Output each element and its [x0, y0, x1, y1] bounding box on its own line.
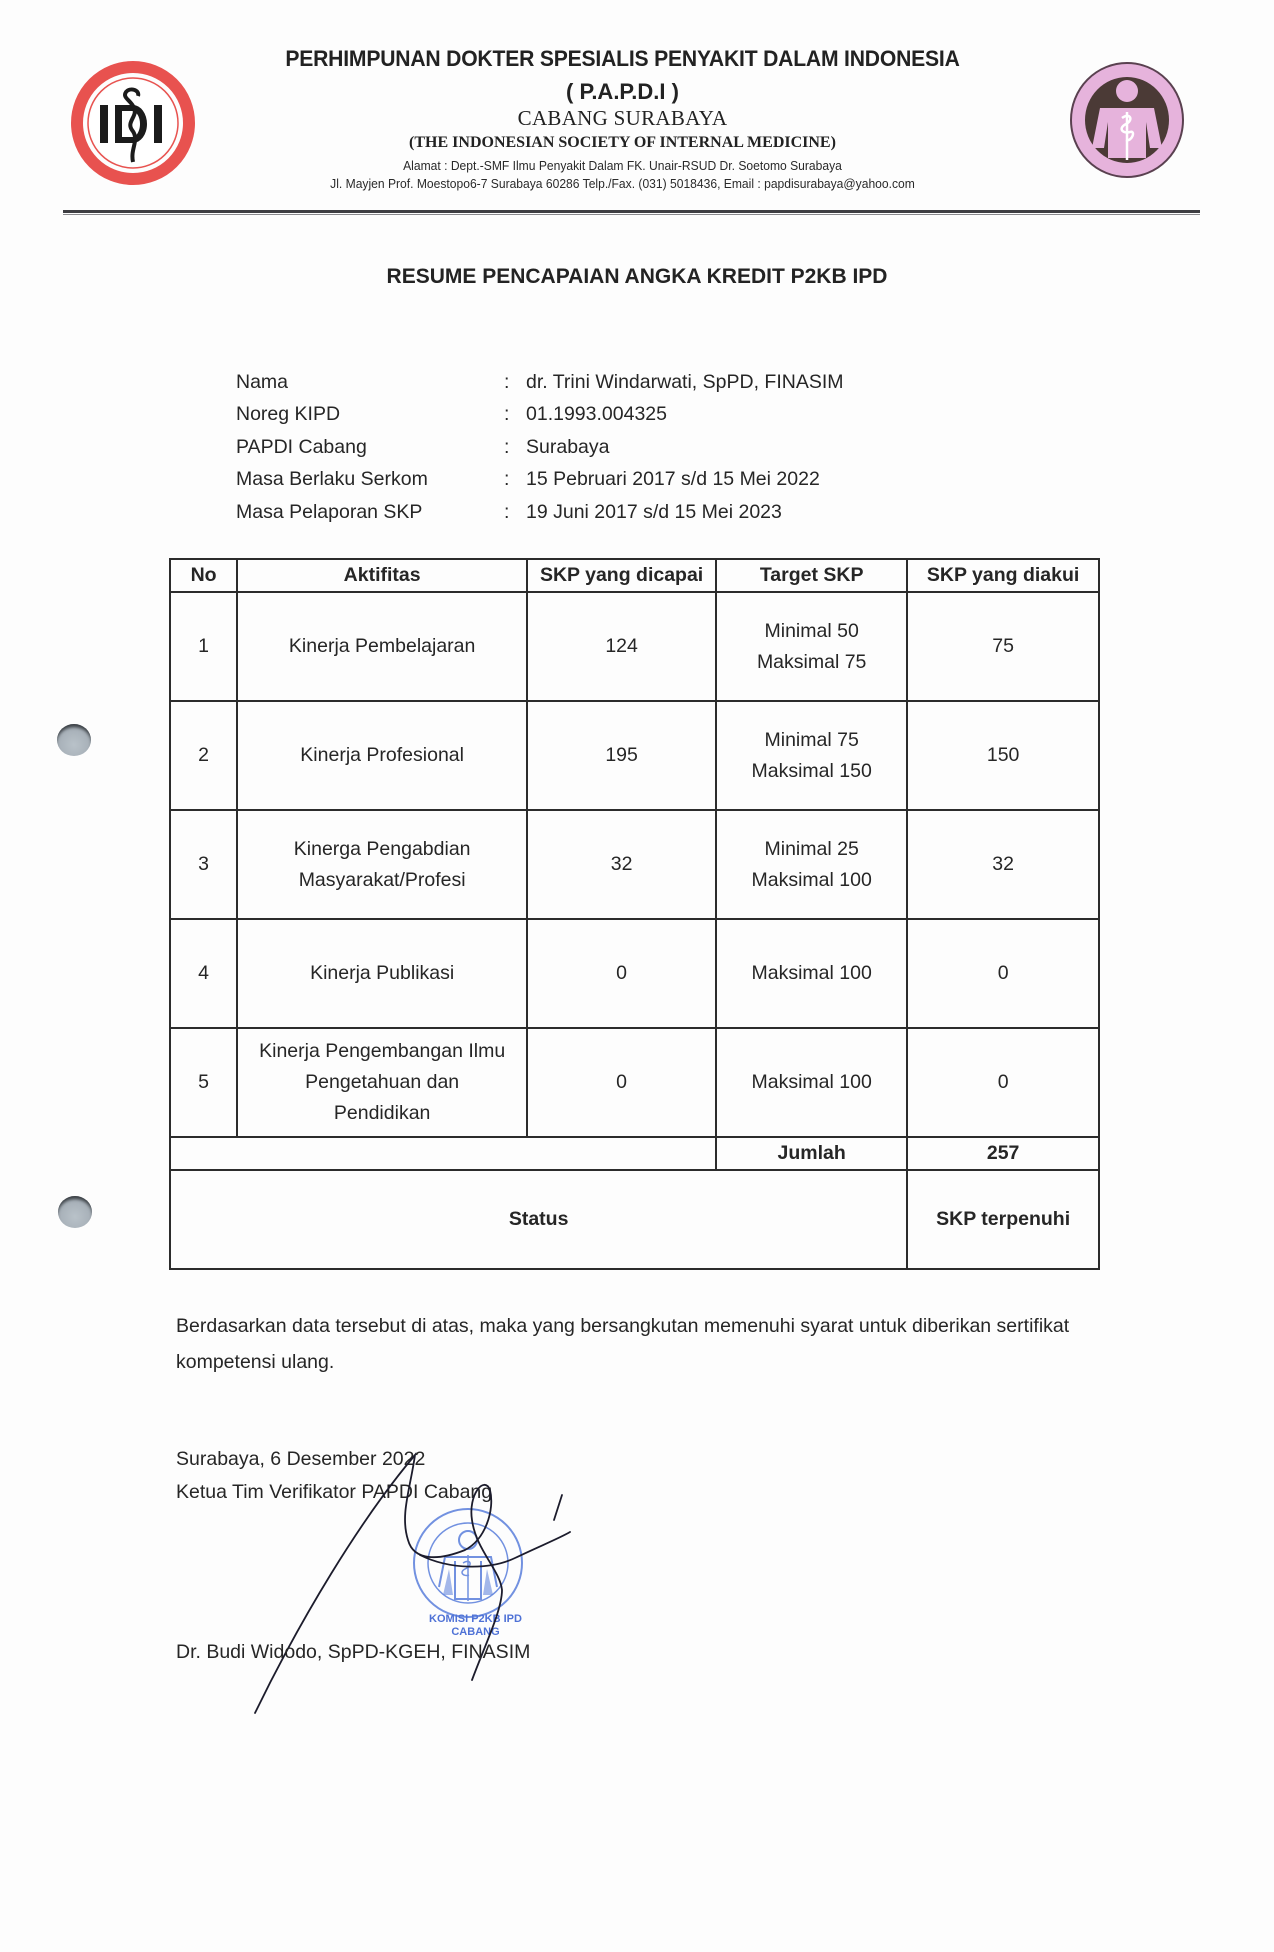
punch-hole — [58, 1196, 92, 1228]
total-row: Jumlah 257 — [170, 1137, 1099, 1170]
column-header-target: Target SKP — [716, 559, 907, 592]
info-row-branch: PAPDI Cabang : Surabaya — [236, 431, 844, 464]
info-block: Nama : dr. Trini Windarwati, SpPD, FINAS… — [236, 366, 844, 529]
cell-recognized: 0 — [907, 1028, 1099, 1137]
cell-achieved: 32 — [527, 810, 716, 919]
cell-achieved: 0 — [527, 1028, 716, 1137]
cell-recognized: 75 — [907, 592, 1099, 701]
table-header-row: No Aktifitas SKP yang dicapai Target SKP… — [170, 559, 1099, 592]
org-abbreviation: ( P.A.P.D.I ) — [200, 79, 1045, 105]
table-row: 2Kinerja Profesional195Minimal 75Maksima… — [170, 701, 1099, 810]
status-row: Status SKP terpenuhi — [170, 1170, 1099, 1269]
conclusion-text: Berdasarkan data tersebut di atas, maka … — [176, 1308, 1106, 1380]
handwritten-signature-icon — [240, 1440, 600, 1730]
cell-target-line: Maksimal 100 — [721, 958, 902, 989]
info-value: 19 Juni 2017 s/d 15 Mei 2023 — [526, 501, 782, 524]
column-header-no: No — [170, 559, 237, 592]
column-header-recognized: SKP yang diakui — [907, 559, 1099, 592]
cell-activity-line: Kinerja Pengembangan Ilmu — [242, 1036, 522, 1067]
cell-target: Minimal 75Maksimal 150 — [716, 701, 907, 810]
cell-activity: Kinerja Pengembangan IlmuPengetahuan dan… — [237, 1028, 527, 1137]
info-label: Nama — [236, 371, 504, 394]
cell-target: Minimal 50Maksimal 75 — [716, 592, 907, 701]
cell-activity-line: Kinerga Pengabdian — [242, 834, 522, 865]
cell-recognized: 150 — [907, 701, 1099, 810]
cell-target: Maksimal 100 — [716, 1028, 907, 1137]
column-header-achieved: SKP yang dicapai — [527, 559, 716, 592]
info-value: 01.1993.004325 — [526, 403, 667, 426]
cell-activity-line: Masyarakat/Profesi — [242, 865, 522, 896]
info-label: PAPDI Cabang — [236, 436, 504, 459]
letterhead-rule-thin — [63, 214, 1200, 215]
cell-activity-line: Kinerja Pembelajaran — [242, 631, 522, 662]
cell-activity: Kinerja Pembelajaran — [237, 592, 527, 701]
column-header-activity: Aktifitas — [237, 559, 527, 592]
cell-target-line: Maksimal 100 — [721, 1067, 902, 1098]
info-label: Masa Berlaku Serkom — [236, 468, 504, 491]
table-row: 3Kinerga PengabdianMasyarakat/Profesi32M… — [170, 810, 1099, 919]
info-row-serkom: Masa Berlaku Serkom : 15 Pebruari 2017 s… — [236, 464, 844, 497]
cell-target-line: Maksimal 75 — [721, 647, 902, 678]
cell-activity-line: Pengetahuan dan — [242, 1067, 522, 1098]
cell-target-line: Minimal 75 — [721, 725, 902, 756]
cell-no: 1 — [170, 592, 237, 701]
cell-activity: Kinerja Publikasi — [237, 919, 527, 1028]
cell-target-line: Minimal 50 — [721, 616, 902, 647]
cell-no: 2 — [170, 701, 237, 810]
info-value: 15 Pebruari 2017 s/d 15 Mei 2022 — [526, 468, 820, 491]
cell-no: 3 — [170, 810, 237, 919]
table-row: 1Kinerja Pembelajaran124Minimal 50Maksim… — [170, 592, 1099, 701]
info-separator: : — [504, 501, 526, 524]
cell-no: 5 — [170, 1028, 237, 1137]
cell-achieved: 195 — [527, 701, 716, 810]
cell-activity-line: Kinerja Profesional — [242, 740, 522, 771]
cell-activity-line: Kinerja Publikasi — [242, 958, 522, 989]
table-row: 5Kinerja Pengembangan IlmuPengetahuan da… — [170, 1028, 1099, 1137]
total-row-spacer — [170, 1137, 716, 1170]
idi-logo-icon — [70, 60, 196, 186]
cell-activity-line: Pendidikan — [242, 1098, 522, 1129]
org-branch: CABANG SURABAYA — [200, 106, 1045, 131]
org-name: PERHIMPUNAN DOKTER SPESIALIS PENYAKIT DA… — [217, 46, 1028, 72]
info-row-reporting: Masa Pelaporan SKP : 19 Juni 2017 s/d 15… — [236, 496, 844, 529]
info-separator: : — [504, 468, 526, 491]
info-value: dr. Trini Windarwati, SpPD, FINASIM — [526, 371, 844, 394]
info-row-name: Nama : dr. Trini Windarwati, SpPD, FINAS… — [236, 366, 844, 399]
info-separator: : — [504, 436, 526, 459]
cell-achieved: 0 — [527, 919, 716, 1028]
info-label: Masa Pelaporan SKP — [236, 501, 504, 524]
total-label: Jumlah — [716, 1137, 907, 1170]
table-row: 4Kinerja Publikasi0Maksimal 1000 — [170, 919, 1099, 1028]
org-address-line2: Jl. Mayjen Prof. Moestopo6-7 Surabaya 60… — [230, 176, 1016, 191]
total-value: 257 — [907, 1137, 1099, 1170]
cell-target-line: Maksimal 150 — [721, 756, 902, 787]
cell-target: Maksimal 100 — [716, 919, 907, 1028]
info-separator: : — [504, 403, 526, 426]
signatory-name: Dr. Budi Widodo, SpPD-KGEH, FINASIM — [176, 1641, 530, 1664]
cell-recognized: 0 — [907, 919, 1099, 1028]
papdi-logo-icon — [1068, 60, 1186, 180]
cell-target: Minimal 25Maksimal 100 — [716, 810, 907, 919]
info-value: Surabaya — [526, 436, 609, 459]
info-separator: : — [504, 371, 526, 394]
punch-hole — [57, 724, 91, 756]
org-society-english: (THE INDONESIAN SOCIETY OF INTERNAL MEDI… — [200, 134, 1045, 152]
skp-table: No Aktifitas SKP yang dicapai Target SKP… — [169, 558, 1100, 1270]
cell-activity: Kinerga PengabdianMasyarakat/Profesi — [237, 810, 527, 919]
status-value: SKP terpenuhi — [907, 1170, 1099, 1269]
info-row-noreg: Noreg KIPD : 01.1993.004325 — [236, 399, 844, 432]
info-label: Noreg KIPD — [236, 403, 504, 426]
letterhead-rule — [63, 210, 1200, 213]
cell-target-line: Minimal 25 — [721, 834, 902, 865]
cell-achieved: 124 — [527, 592, 716, 701]
cell-no: 4 — [170, 919, 237, 1028]
status-label: Status — [170, 1170, 907, 1269]
document-title: RESUME PENCAPAIAN ANGKA KREDIT P2KB IPD — [0, 265, 1274, 289]
cell-activity: Kinerja Profesional — [237, 701, 527, 810]
cell-recognized: 32 — [907, 810, 1099, 919]
org-address-line1: Alamat : Dept.-SMF Ilmu Penyakit Dalam F… — [230, 158, 1016, 173]
cell-target-line: Maksimal 100 — [721, 865, 902, 896]
